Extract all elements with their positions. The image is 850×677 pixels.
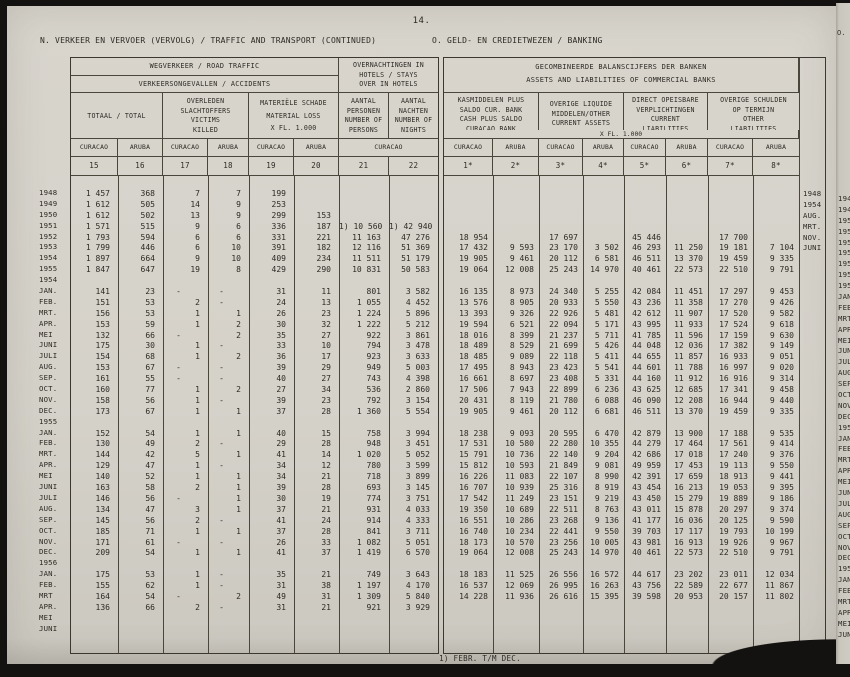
- data-cell: 11 358: [666, 298, 708, 309]
- data-cell: -: [208, 363, 249, 374]
- data-cell: 29: [249, 439, 294, 450]
- edge-row-label-fragment: MEI: [838, 477, 850, 488]
- data-cell: -: [163, 331, 208, 342]
- data-cell: 140: [71, 472, 118, 483]
- data-cell: 13: [294, 298, 339, 309]
- data-cell: [583, 211, 624, 222]
- row-label: 1951: [33, 221, 71, 232]
- data-cell: 923: [339, 352, 389, 363]
- data-cell: 22 899: [539, 385, 583, 396]
- data-cell: 46 511: [624, 254, 666, 265]
- data-cell: 40: [249, 374, 294, 385]
- data-cell: [583, 200, 624, 211]
- data-cell: 31: [249, 287, 294, 298]
- row-label: AUG.: [801, 211, 824, 222]
- edge-row-label-fragment: OCT.: [838, 390, 850, 401]
- data-cell: 299: [249, 211, 294, 222]
- data-cell: [583, 418, 624, 429]
- region-label: CURACAO: [624, 139, 666, 157]
- data-cell: [539, 559, 583, 570]
- banking-body: 18 95417 69745 44617 70017 4329 59323 17…: [444, 176, 799, 636]
- data-cell: [624, 559, 666, 570]
- data-cell: 154: [71, 352, 118, 363]
- data-cell: 20 112: [539, 254, 583, 265]
- data-cell: 4 033: [389, 505, 438, 516]
- data-cell: 3 145: [389, 483, 438, 494]
- page-curl-shadow: [678, 632, 838, 666]
- data-cell: 9 582: [753, 309, 799, 320]
- data-cell: 2: [163, 298, 208, 309]
- data-cell: 32: [294, 320, 339, 331]
- data-cell: 28: [294, 483, 339, 494]
- data-cell: 11 933: [666, 320, 708, 331]
- data-cell: 19 905: [444, 254, 493, 265]
- data-cell: 3 502: [583, 243, 624, 254]
- data-cell: 50 583: [389, 265, 438, 276]
- data-cell: 9 204: [583, 450, 624, 461]
- data-cell: 18 489: [444, 341, 493, 352]
- data-cell: 368: [118, 189, 163, 200]
- edge-row-label-fragment: MEI: [838, 619, 850, 630]
- row-label: JUNI: [801, 243, 824, 254]
- data-cell: 43 454: [624, 483, 666, 494]
- data-cell: 1: [163, 548, 208, 559]
- data-cell: [539, 625, 583, 636]
- data-cell: [624, 211, 666, 222]
- data-cell: 19 926: [708, 538, 753, 549]
- data-cell: 11 936: [493, 592, 539, 603]
- data-cell: 38: [294, 581, 339, 592]
- grid-line: [118, 176, 119, 653]
- data-cell: 39: [249, 396, 294, 407]
- page-number: 14.: [7, 16, 836, 26]
- row-label: AUG.: [33, 362, 71, 373]
- data-cell: 17 018: [666, 450, 708, 461]
- data-cell: 134: [71, 505, 118, 516]
- data-cell: 8 119: [493, 396, 539, 407]
- data-cell: 17 531: [444, 439, 493, 450]
- data-cell: 1: [208, 483, 249, 494]
- data-cell: 16 551: [444, 516, 493, 527]
- data-cell: 2: [208, 352, 249, 363]
- data-cell: 19 889: [708, 494, 753, 505]
- edge-row-label-fragment: MRT.: [838, 455, 850, 466]
- data-cell: 175: [71, 570, 118, 581]
- data-cell: 10 831: [339, 265, 389, 276]
- data-cell: 12 208: [666, 396, 708, 407]
- data-cell: 221: [294, 233, 339, 244]
- data-cell: 44 655: [624, 352, 666, 363]
- data-cell: 21: [294, 505, 339, 516]
- column-number: 18: [208, 157, 249, 176]
- data-cell: 5 541: [583, 363, 624, 374]
- data-cell: 9 186: [753, 494, 799, 505]
- data-cell: 144: [71, 450, 118, 461]
- data-cell: 502: [118, 211, 163, 222]
- data-cell: 15 279: [666, 494, 708, 505]
- data-cell: 22 140: [539, 450, 583, 461]
- data-cell: 22 510: [708, 265, 753, 276]
- data-cell: 47 276: [389, 233, 438, 244]
- data-cell: [208, 614, 249, 625]
- data-cell: 21 849: [539, 461, 583, 472]
- data-cell: 10 570: [493, 538, 539, 549]
- data-cell: 37: [249, 505, 294, 516]
- data-cell: 11 250: [666, 243, 708, 254]
- data-cell: 17 432: [444, 243, 493, 254]
- data-cell: 21 237: [539, 331, 583, 342]
- data-cell: 2 860: [389, 385, 438, 396]
- data-cell: [624, 418, 666, 429]
- data-cell: 54: [118, 548, 163, 559]
- grid-line: [294, 176, 295, 653]
- data-cell: 23: [294, 309, 339, 320]
- data-cell: 56: [118, 396, 163, 407]
- data-cell: [389, 200, 438, 211]
- region-label: CURACAO: [444, 139, 493, 157]
- row-label: DEC.: [33, 547, 71, 558]
- data-cell: [444, 200, 493, 211]
- header-number-of-nights: AANTAL NACHTEN NUMBER OF NIGHTS: [389, 93, 438, 139]
- data-cell: -: [208, 374, 249, 385]
- data-cell: 2: [163, 439, 208, 450]
- data-cell: 6 581: [583, 254, 624, 265]
- data-cell: 53: [118, 309, 163, 320]
- data-cell: 9 136: [583, 516, 624, 527]
- data-cell: 5 426: [583, 341, 624, 352]
- data-cell: 42 084: [624, 287, 666, 298]
- data-cell: 136: [71, 603, 118, 614]
- data-cell: 536: [339, 385, 389, 396]
- data-cell: [294, 189, 339, 200]
- data-cell: 9 314: [753, 374, 799, 385]
- data-cell: 19 793: [708, 527, 753, 538]
- data-cell: 22 118: [539, 352, 583, 363]
- data-cell: 10: [208, 254, 249, 265]
- data-cell: 36: [249, 352, 294, 363]
- data-cell: 3 154: [389, 396, 438, 407]
- data-cell: 37: [294, 548, 339, 559]
- header-current-liabilities: DIRECT OPEISBARE VERPLICHTINGEN CURRENT …: [624, 93, 708, 130]
- data-cell: 22 589: [666, 581, 708, 592]
- data-cell: 14: [163, 200, 208, 211]
- data-cell: 6: [208, 222, 249, 233]
- data-cell: 5 052: [389, 450, 438, 461]
- data-cell: 17 520: [708, 309, 753, 320]
- data-cell: 3 643: [389, 570, 438, 581]
- data-cell: 67: [118, 363, 163, 374]
- data-cell: [444, 625, 493, 636]
- data-cell: 43 981: [624, 538, 666, 549]
- data-cell: 20 595: [539, 429, 583, 440]
- data-cell: 9 593: [493, 243, 539, 254]
- data-cell: 21: [294, 603, 339, 614]
- data-cell: 22 573: [666, 265, 708, 276]
- data-cell: 145: [71, 516, 118, 527]
- data-cell: 13: [163, 211, 208, 222]
- data-cell: 132: [71, 331, 118, 342]
- data-cell: 20 125: [708, 516, 753, 527]
- data-cell: [708, 603, 753, 614]
- data-cell: 22 511: [539, 505, 583, 516]
- data-cell: 28: [294, 439, 339, 450]
- data-cell: 55: [118, 374, 163, 385]
- grid-line: [666, 176, 667, 653]
- data-cell: [444, 189, 493, 200]
- data-cell: 141: [71, 287, 118, 298]
- edge-row-label-fragment: OCT.: [838, 532, 850, 543]
- data-cell: [444, 418, 493, 429]
- data-cell: 41 177: [624, 516, 666, 527]
- data-cell: 23: [294, 396, 339, 407]
- data-cell: 1: [163, 396, 208, 407]
- data-cell: [666, 233, 708, 244]
- edge-row-label-fragment: 1956: [838, 564, 850, 575]
- data-cell: [493, 200, 539, 211]
- data-cell: [444, 222, 493, 233]
- data-cell: 43 756: [624, 581, 666, 592]
- edge-row-label-fragment: SEP.: [838, 379, 850, 390]
- data-cell: 1: [163, 581, 208, 592]
- region-label: ARUBA: [753, 139, 799, 157]
- column-number: 3*: [539, 157, 583, 176]
- data-cell: 160: [71, 385, 118, 396]
- data-cell: 841: [339, 527, 389, 538]
- banking-group-row: KASMIDDELEN PLUS SALDO CUR. BANK CASH PL…: [444, 93, 799, 130]
- data-cell: 9 630: [753, 331, 799, 342]
- data-cell: [753, 614, 799, 625]
- data-cell: 22 280: [539, 439, 583, 450]
- data-cell: [708, 222, 753, 233]
- data-cell: [583, 276, 624, 287]
- row-label: MRT: [33, 591, 71, 602]
- data-cell: 1: [208, 472, 249, 483]
- data-cell: 26 556: [539, 570, 583, 581]
- data-cell: 17 240: [708, 450, 753, 461]
- grid-line: [249, 176, 250, 653]
- data-cell: 664: [118, 254, 163, 265]
- data-cell: 914: [339, 516, 389, 527]
- data-cell: 1) 10 560: [339, 222, 389, 233]
- data-cell: 8 697: [493, 374, 539, 385]
- data-cell: 1 020: [339, 450, 389, 461]
- data-cell: 1 197: [339, 581, 389, 592]
- header-other-liabilities: OVERIGE SCHULDEN OP TERMIJN OTHER LIABIL…: [708, 93, 799, 130]
- data-cell: 647: [118, 265, 163, 276]
- data-cell: 18 238: [444, 429, 493, 440]
- edge-row-label-fragment: DEC.: [838, 412, 850, 423]
- data-cell: [339, 189, 389, 200]
- data-cell: [493, 233, 539, 244]
- data-cell: 9 426: [753, 298, 799, 309]
- road-traffic-body: 1 457368771991 6125051492531 61250213929…: [71, 176, 438, 636]
- data-cell: -: [208, 341, 249, 352]
- edge-row-label-fragment: JAN.: [838, 575, 850, 586]
- data-cell: 17: [294, 352, 339, 363]
- data-cell: 17 700: [708, 233, 753, 244]
- data-cell: 152: [71, 429, 118, 440]
- column-number: 19: [249, 157, 294, 176]
- edge-row-label-fragment: 1952: [838, 238, 850, 249]
- data-cell: [583, 233, 624, 244]
- column-number: 1*: [444, 157, 493, 176]
- data-cell: 1: [163, 407, 208, 418]
- data-cell: [493, 418, 539, 429]
- data-cell: [666, 614, 708, 625]
- data-cell: 164: [71, 592, 118, 603]
- data-cell: 17 159: [708, 331, 753, 342]
- data-cell: 9 414: [753, 439, 799, 450]
- data-cell: 331: [249, 233, 294, 244]
- data-cell: 15 812: [444, 461, 493, 472]
- data-cell: 9 395: [753, 483, 799, 494]
- data-cell: [753, 211, 799, 222]
- data-cell: 33: [249, 341, 294, 352]
- data-cell: 19 064: [444, 548, 493, 559]
- data-cell: 11 511: [339, 254, 389, 265]
- data-cell: 19 905: [444, 407, 493, 418]
- data-cell: 1 847: [71, 265, 118, 276]
- data-cell: 16 572: [583, 570, 624, 581]
- data-cell: 11: [294, 287, 339, 298]
- data-cell: 27: [294, 331, 339, 342]
- data-cell: 5 331: [583, 374, 624, 385]
- data-cell: 52: [118, 472, 163, 483]
- data-cell: 187: [294, 222, 339, 233]
- data-cell: 2: [208, 592, 249, 603]
- data-cell: 16 916: [708, 374, 753, 385]
- data-cell: 31: [249, 603, 294, 614]
- data-cell: [71, 625, 118, 636]
- data-cell: 41 785: [624, 331, 666, 342]
- data-cell: 11 163: [339, 233, 389, 244]
- data-cell: 20 431: [444, 396, 493, 407]
- data-cell: 429: [249, 265, 294, 276]
- data-cell: [249, 276, 294, 287]
- data-cell: 6: [163, 243, 208, 254]
- data-cell: [708, 189, 753, 200]
- data-cell: [493, 222, 539, 233]
- data-cell: [339, 276, 389, 287]
- data-cell: 3 478: [389, 341, 438, 352]
- data-cell: 949: [339, 363, 389, 374]
- data-cell: 25 243: [539, 548, 583, 559]
- data-cell: 5: [163, 450, 208, 461]
- row-label: FEB.: [33, 438, 71, 449]
- row-label: SEP.: [33, 373, 71, 384]
- data-cell: 19 594: [444, 320, 493, 331]
- data-cell: 13 576: [444, 298, 493, 309]
- data-cell: 9 791: [753, 548, 799, 559]
- column-number: 20: [294, 157, 339, 176]
- data-cell: 17 697: [539, 233, 583, 244]
- data-cell: 9 440: [753, 396, 799, 407]
- data-cell: 12 034: [753, 570, 799, 581]
- data-cell: 15 791: [444, 450, 493, 461]
- data-cell: 1: [163, 472, 208, 483]
- data-cell: 6 570: [389, 548, 438, 559]
- data-cell: 1: [163, 385, 208, 396]
- edge-row-label-fragment: JAN.: [838, 292, 850, 303]
- data-cell: [208, 276, 249, 287]
- data-cell: 1: [208, 505, 249, 516]
- data-cell: 16 226: [444, 472, 493, 483]
- data-cell: [339, 200, 389, 211]
- data-cell: [708, 614, 753, 625]
- data-cell: 1: [208, 450, 249, 461]
- data-cell: 11 867: [753, 581, 799, 592]
- region-label: ARUBA: [583, 139, 624, 157]
- data-cell: [583, 625, 624, 636]
- data-cell: 3 751: [389, 494, 438, 505]
- data-cell: [294, 418, 339, 429]
- data-cell: 3 929: [389, 603, 438, 614]
- data-cell: [539, 222, 583, 233]
- data-cell: 2: [163, 516, 208, 527]
- grid-line: [799, 58, 800, 653]
- data-cell: [208, 418, 249, 429]
- row-label: 1948: [33, 188, 71, 199]
- data-cell: 16 135: [444, 287, 493, 298]
- data-cell: 175: [71, 341, 118, 352]
- data-cell: 5 212: [389, 320, 438, 331]
- data-cell: [71, 276, 118, 287]
- footnote: 1) FEBR. T/M DEC.: [395, 654, 565, 663]
- grid-line: [208, 176, 209, 653]
- region-label: CURACAO: [71, 139, 118, 157]
- data-cell: [493, 559, 539, 570]
- data-cell: 13 370: [666, 254, 708, 265]
- row-label: 1950: [33, 210, 71, 221]
- data-cell: 161: [71, 374, 118, 385]
- data-cell: 24: [249, 298, 294, 309]
- region-label: CURACAO: [339, 139, 438, 157]
- edge-row-label-fragment: 1949: [838, 205, 850, 216]
- data-cell: 40 461: [624, 548, 666, 559]
- data-cell: 1 055: [339, 298, 389, 309]
- data-cell: [339, 559, 389, 570]
- data-cell: 30: [249, 494, 294, 505]
- data-cell: 11 788: [666, 363, 708, 374]
- data-cell: 3 899: [389, 472, 438, 483]
- data-cell: [339, 614, 389, 625]
- data-cell: 40: [249, 429, 294, 440]
- data-cell: 1: [208, 407, 249, 418]
- data-cell: 43 625: [624, 385, 666, 396]
- data-cell: 49: [118, 439, 163, 450]
- region-label: ARUBA: [493, 139, 539, 157]
- grid-line: [163, 176, 164, 653]
- data-cell: [163, 418, 208, 429]
- data-cell: 67: [118, 407, 163, 418]
- row-label: OCT.: [33, 384, 71, 395]
- data-cell: -: [208, 439, 249, 450]
- data-cell: 6: [208, 233, 249, 244]
- edge-row-label-fragment: NOV.: [838, 543, 850, 554]
- data-cell: [624, 614, 666, 625]
- data-cell: 9 461: [493, 254, 539, 265]
- row-label: MRT.: [33, 449, 71, 460]
- data-cell: 68: [118, 352, 163, 363]
- data-cell: [389, 276, 438, 287]
- column-number: 15: [71, 157, 118, 176]
- data-cell: 391: [249, 243, 294, 254]
- row-label: JULI: [33, 351, 71, 362]
- data-cell: [118, 559, 163, 570]
- data-cell: [708, 276, 753, 287]
- data-cell: 9 441: [753, 472, 799, 483]
- edge-row-label-fragment: APR.: [838, 608, 850, 619]
